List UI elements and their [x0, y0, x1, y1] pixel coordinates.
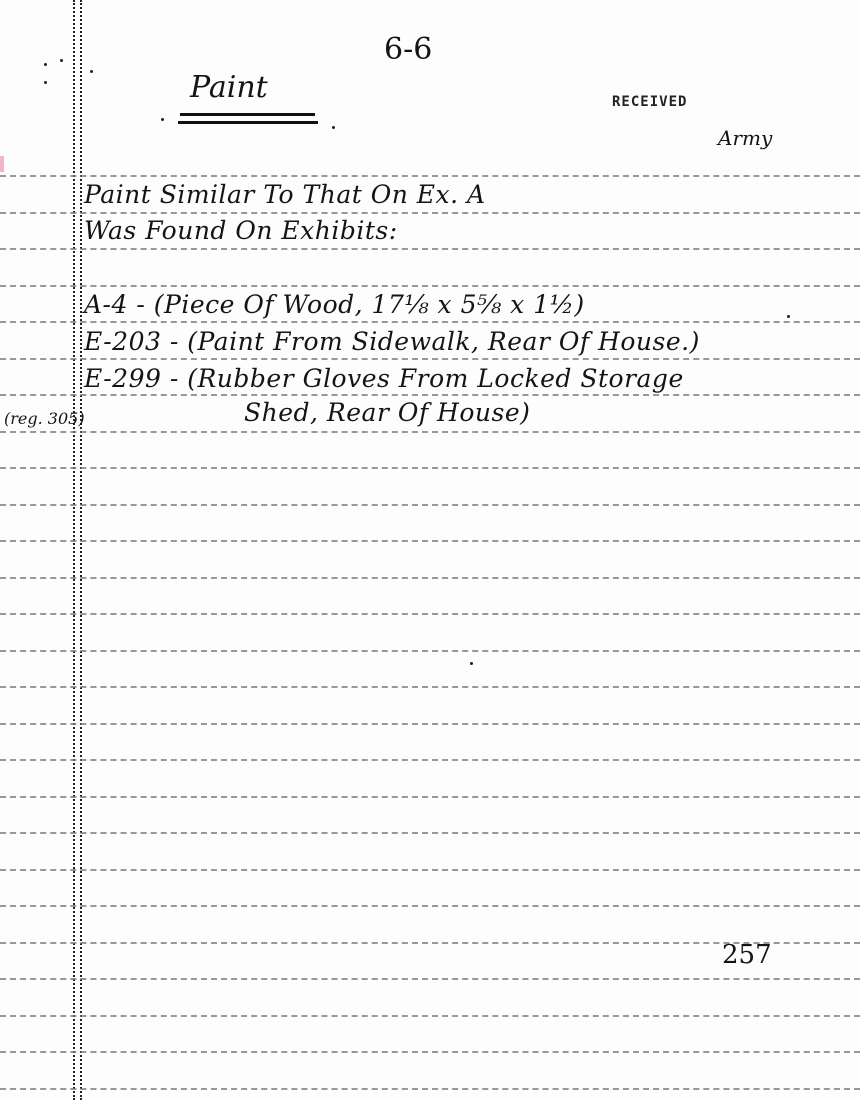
- rule-line: [0, 796, 860, 798]
- scan-speck: [161, 118, 164, 121]
- rule-line: [0, 358, 860, 360]
- margin-line-right: [80, 0, 82, 1100]
- rule-line: [0, 1051, 860, 1053]
- handwritten-notes-page: 6-6 Paint RECEIVED Army Paint Similar To…: [0, 0, 860, 1100]
- title-underline: [180, 113, 315, 116]
- rule-line: [0, 577, 860, 579]
- scan-speck: [470, 662, 473, 665]
- scan-speck: [332, 126, 335, 129]
- note-line-1: Paint Similar To That On Ex. A: [84, 180, 486, 209]
- rule-line: [0, 285, 860, 287]
- exhibit-e203: E-203 - (Paint From Sidewalk, Rear Of Ho…: [84, 327, 700, 356]
- rule-line: [0, 686, 860, 688]
- rule-line: [0, 723, 860, 725]
- scan-speck: [60, 59, 63, 62]
- rule-line: [0, 650, 860, 652]
- rule-line: [0, 321, 860, 323]
- rule-line: [0, 832, 860, 834]
- rule-line: [0, 394, 860, 396]
- rule-line: [0, 212, 860, 214]
- scan-speck: [44, 63, 47, 66]
- page-edge-mark: [0, 156, 4, 172]
- scan-speck: [44, 81, 47, 84]
- rule-line: [0, 978, 860, 980]
- scan-speck: [787, 315, 790, 318]
- note-line-2: Was Found On Exhibits:: [84, 216, 398, 245]
- page-reference: 6-6: [384, 32, 432, 67]
- margin-line-left: [73, 0, 75, 1100]
- page-title: Paint: [190, 70, 268, 105]
- exhibit-a4: A-4 - (Piece Of Wood, 17⅛ x 5⅝ x 1½): [84, 290, 585, 319]
- margin-note: (reg. 305): [4, 409, 85, 428]
- scan-speck: [90, 70, 93, 73]
- rule-line: [0, 613, 860, 615]
- stamp-signature: Army: [718, 126, 772, 150]
- rule-line: [0, 431, 860, 433]
- rule-line: [0, 869, 860, 871]
- rule-line: [0, 759, 860, 761]
- rule-line: [0, 905, 860, 907]
- rule-line: [0, 248, 860, 250]
- page-number: 257: [722, 940, 772, 970]
- rule-line: [0, 467, 860, 469]
- received-stamp: RECEIVED: [612, 94, 687, 110]
- rule-line: [0, 540, 860, 542]
- exhibit-e299-cont: Shed, Rear Of House): [244, 398, 530, 427]
- rule-line: [0, 1015, 860, 1017]
- title-underline-2: [178, 121, 318, 124]
- rule-line: [0, 1088, 860, 1090]
- rule-line: [0, 175, 860, 177]
- rule-line: [0, 504, 860, 506]
- exhibit-e299: E-299 - (Rubber Gloves From Locked Stora…: [84, 364, 684, 393]
